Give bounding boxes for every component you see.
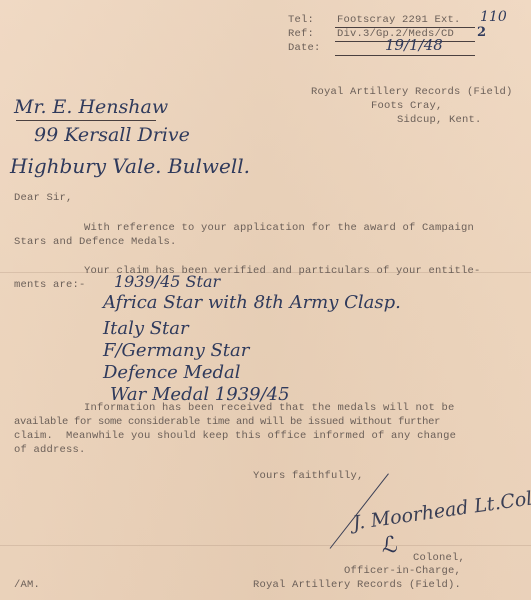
sender-line2: Foots Cray, bbox=[371, 100, 443, 113]
fold-crease bbox=[0, 545, 531, 546]
para1-line2: Stars and Defence Medals. bbox=[14, 236, 177, 249]
para2-line2-prefix: ments are:- bbox=[14, 279, 86, 292]
date-underline bbox=[335, 55, 475, 56]
reference-initials: /AM. bbox=[14, 579, 40, 592]
valediction: Yours faithfully, bbox=[253, 470, 364, 483]
recipient-town: Highbury Vale. Bulwell. bbox=[10, 154, 250, 178]
tel-label: Tel: bbox=[288, 14, 314, 27]
entitlement-item: 1939/45 Star bbox=[114, 272, 220, 291]
salutation: Dear Sir, bbox=[14, 192, 73, 205]
tel-ext-handwritten: 110 bbox=[480, 9, 507, 25]
date-label: Date: bbox=[288, 42, 321, 55]
entitlement-item: Defence Medal bbox=[103, 362, 241, 383]
signatory-title: Officer-in-Charge, bbox=[344, 565, 461, 578]
sender-line1: Royal Artillery Records (Field) bbox=[311, 86, 513, 99]
signature-mark: ℒ bbox=[382, 533, 398, 558]
entitlement-item: Africa Star with 8th Army Clasp. bbox=[103, 292, 401, 313]
tel-value: Footscray 2291 Ext. bbox=[337, 14, 461, 27]
recipient-name: Mr. E. Henshaw bbox=[14, 96, 168, 118]
para3-line2: available for some considerable time and… bbox=[14, 416, 440, 429]
signatory-office: Royal Artillery Records (Field). bbox=[253, 579, 461, 592]
entitlement-item: F/Germany Star bbox=[103, 340, 249, 361]
para3-line1: Information has been received that the m… bbox=[84, 402, 455, 415]
entitlement-item: Italy Star bbox=[103, 318, 189, 339]
recipient-street: 99 Kersall Drive bbox=[34, 124, 190, 146]
signatory-rank: Colonel, bbox=[413, 552, 465, 565]
para3-line3: claim. Meanwhile you should keep this of… bbox=[14, 430, 456, 443]
sender-line3: Sidcup, Kent. bbox=[397, 114, 482, 127]
para3-line4: of address. bbox=[14, 444, 86, 457]
ref-label: Ref: bbox=[288, 28, 314, 41]
para1-line1: With reference to your application for t… bbox=[84, 222, 474, 235]
ref-suffix-handwritten: 2 bbox=[477, 25, 486, 40]
date-handwritten: 19/1/48 bbox=[385, 36, 443, 54]
recipient-name-underline bbox=[16, 120, 156, 121]
